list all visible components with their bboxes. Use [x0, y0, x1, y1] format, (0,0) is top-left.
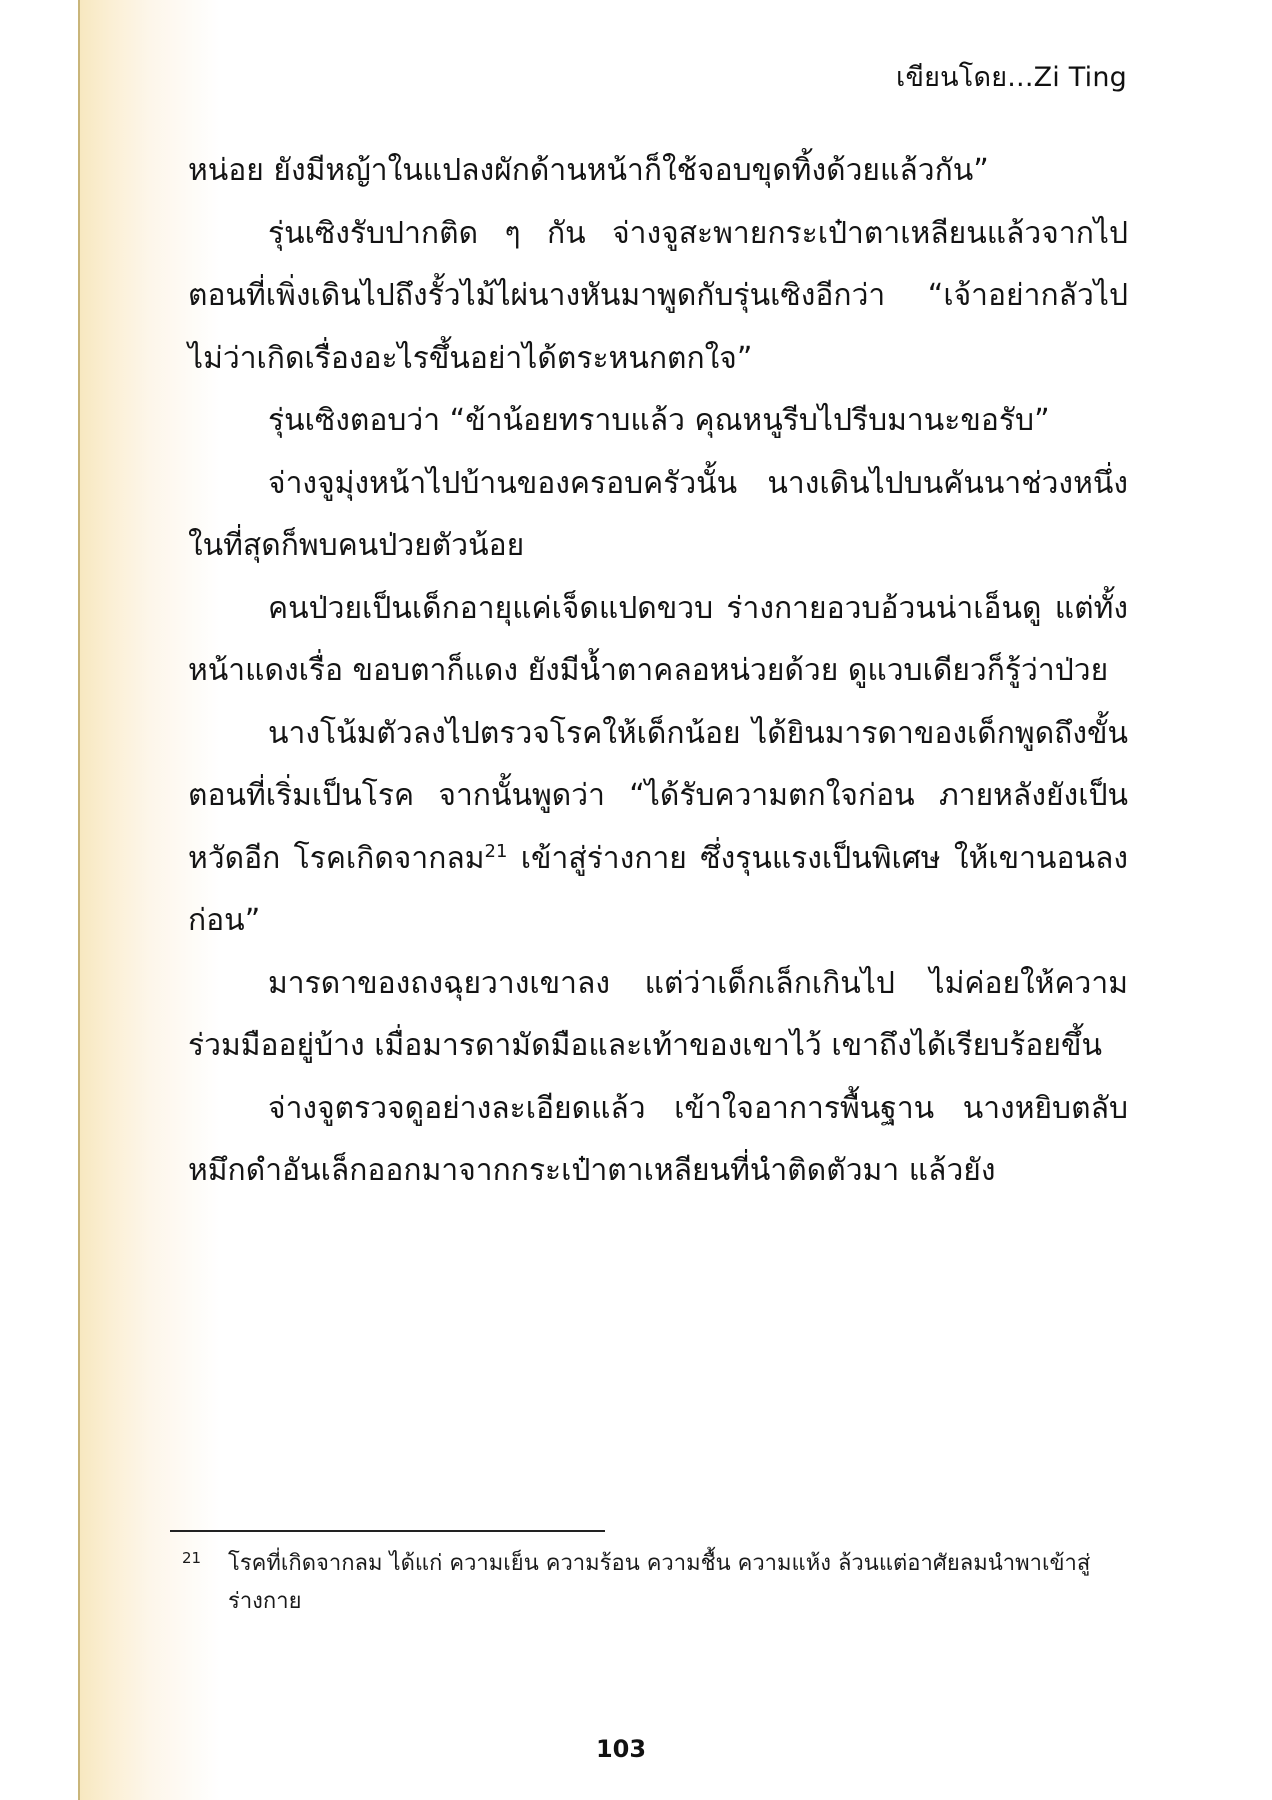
footnote-number: 21 — [182, 1539, 201, 1577]
paragraph-6: นางโน้มตัวลงไปตรวจโรคให้เด็กน้อย ได้ยินม… — [188, 703, 1128, 953]
paragraph-1: หน่อย ยังมีหญ้าในแปลงผักด้านหน้าก็ใช้จอบ… — [188, 140, 1128, 203]
paragraph-2: รุ่นเซิงรับปากติด ๆ กัน จ่างจูสะพายกระเป… — [188, 203, 1128, 391]
footnote: 21 โรคที่เกิดจากลม ได้แก่ ความเย็น ความร… — [170, 1545, 1130, 1621]
running-header-author: เขียนโดย...Zi Ting — [896, 55, 1127, 98]
paragraph-8: จ่างจูตรวจดูอย่างละเอียดแล้ว เข้าใจอาการ… — [188, 1078, 1128, 1203]
body-text: หน่อย ยังมีหญ้าในแปลงผักด้านหน้าก็ใช้จอบ… — [188, 140, 1128, 1203]
footnote-text: โรคที่เกิดจากลม ได้แก่ ความเย็น ความร้อน… — [228, 1545, 1130, 1621]
paragraph-5: คนป่วยเป็นเด็กอายุแค่เจ็ดแปดขวบ ร่างกายอ… — [188, 578, 1128, 703]
scan-outer-margin — [0, 0, 78, 1800]
footnote-reference[interactable]: 21 — [485, 841, 508, 862]
paragraph-4: จ่างจูมุ่งหน้าไปบ้านของครอบครัวนั้น นางเ… — [188, 453, 1128, 578]
paragraph-7: มารดาของถงฉุยวางเขาลง แต่ว่าเด็กเล็กเกิน… — [188, 953, 1128, 1078]
footnote-divider — [170, 1530, 605, 1532]
paragraph-3: รุ่นเซิงตอบว่า “ข้าน้อยทราบแล้ว คุณหนูรี… — [188, 390, 1128, 453]
page-number: 103 — [0, 1735, 1272, 1763]
page-number-value: 103 — [596, 1735, 646, 1763]
